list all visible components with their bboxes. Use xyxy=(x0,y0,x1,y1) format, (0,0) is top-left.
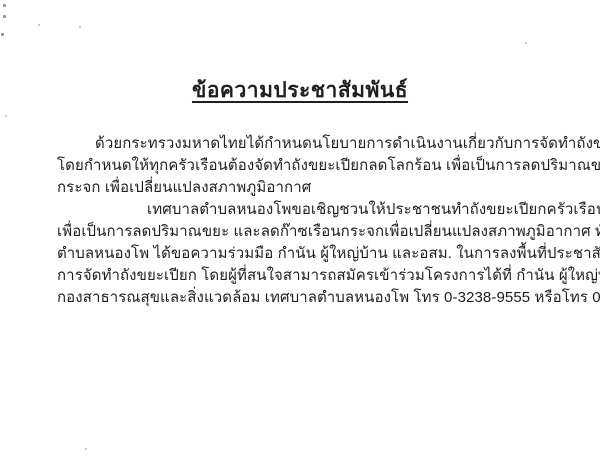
document-title: ข้อความประชาสัมพันธ์ xyxy=(0,74,600,107)
text-line: โดยกำหนดให้ทุกครัวเรือนต้องจัดทำถังขยะเป… xyxy=(57,155,557,177)
text-line: กองสาธารณสุขและสิ่งแวดล้อม เทศบาลตำบลหนอ… xyxy=(57,287,557,309)
text-line: ด้วยกระทรวงมหาดไทยได้กำหนดนโยบายการดำเนิ… xyxy=(57,133,557,155)
scanned-document-page: ข้อความประชาสัมพันธ์ ด้วยกระทรวงมหาดไทยไ… xyxy=(0,0,600,472)
document-body: ด้วยกระทรวงมหาดไทยได้กำหนดนโยบายการดำเนิ… xyxy=(57,133,557,309)
scan-noise-speck xyxy=(85,448,87,450)
scan-noise-speck xyxy=(3,15,6,18)
scan-noise-speck xyxy=(3,4,6,7)
text-line: ตำบลหนองโพ ได้ขอความร่วมมือ กำนัน ผู้ใหญ… xyxy=(57,243,557,265)
text-line: กระจก เพื่อเปลี่ยนแปลงสภาพภูมิอากาศ xyxy=(57,177,557,199)
text-line: เพื่อเป็นการลดปริมาณขยะ และลดก๊าซเรือนกร… xyxy=(57,221,557,243)
scan-noise-speck xyxy=(5,115,7,117)
scan-noise-speck xyxy=(1,33,4,36)
scan-noise-speck xyxy=(79,26,81,28)
text-line: เทศบาลตำบลหนองโพขอเชิญชวนให้ประชาชนทำถัง… xyxy=(57,199,557,221)
scan-noise-speck xyxy=(525,42,527,44)
scan-noise-speck xyxy=(38,24,40,26)
text-line: การจัดทำถังขยะเปียก โดยผู้ที่สนใจสามารถส… xyxy=(57,265,557,287)
